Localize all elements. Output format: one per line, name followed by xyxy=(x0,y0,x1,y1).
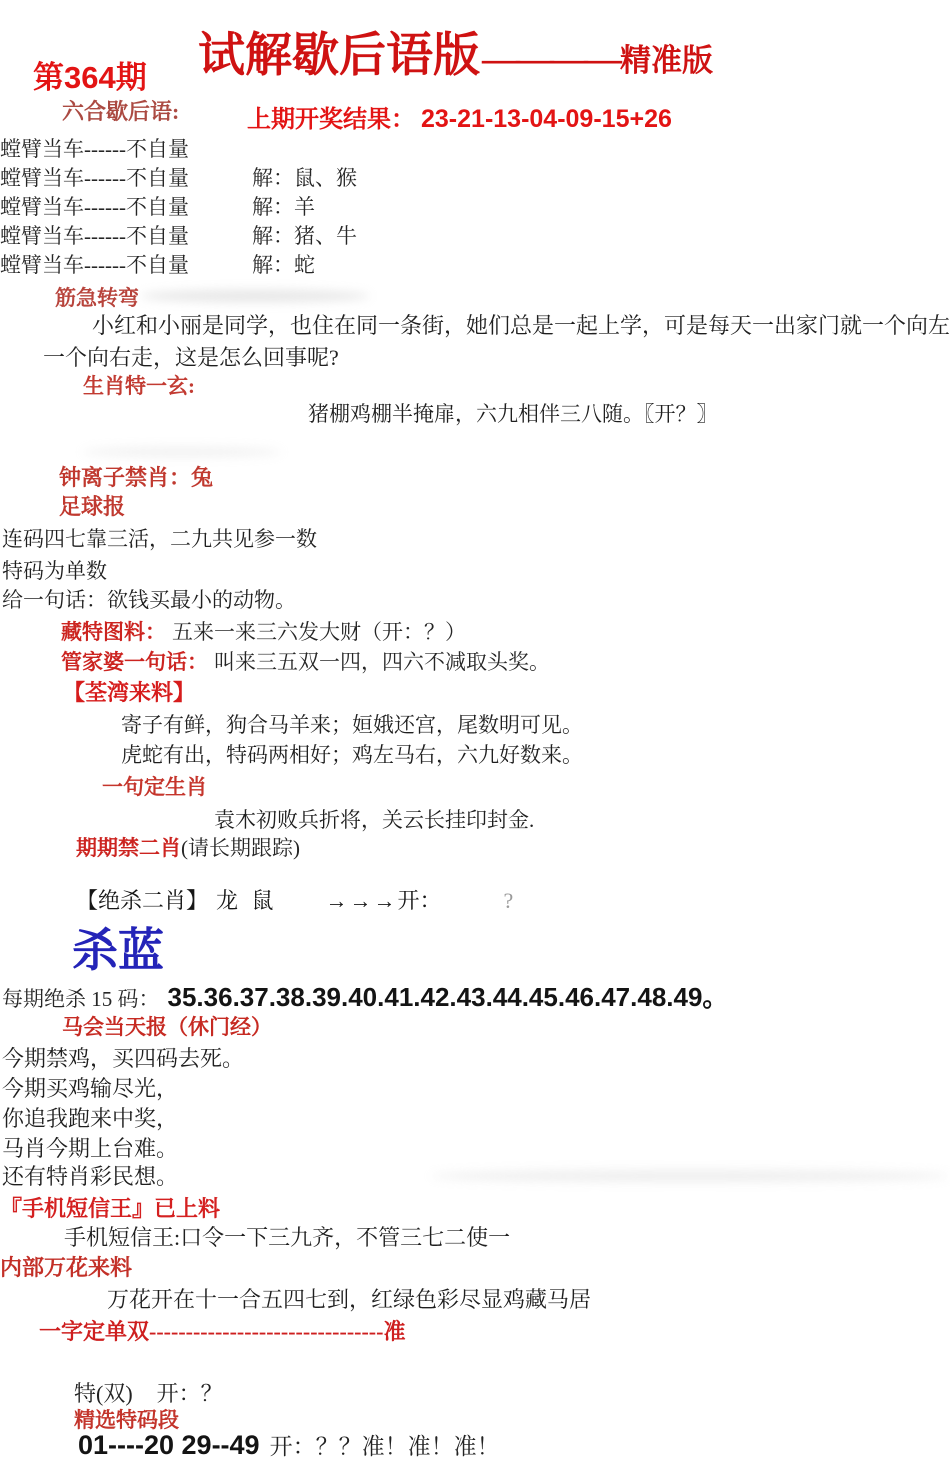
section-label-sms-king: 『手机短信王』已上料 xyxy=(0,1192,220,1223)
riddle-phrase: 螳臂当车------不自量 xyxy=(0,166,189,190)
housekeeper-content: 叫来三五双一四，四六不减取头奖。 xyxy=(214,650,550,674)
forbidden-zodiac-label: 钟离子禁肖：兔 xyxy=(59,461,213,492)
hidden-special-row: 藏特图料：五来一来三六发大财（开：？） xyxy=(61,616,466,646)
riddle-row: 螳臂当车------不自量 解：蛇 xyxy=(0,249,600,279)
hidden-special-content: 五来一来三六发大财（开：？） xyxy=(172,620,466,644)
section-label-internal-wanhua: 内部万花来料 xyxy=(0,1251,132,1282)
kill-two-zodiac-result: ? xyxy=(504,888,514,913)
odd-even-accurate: 准 xyxy=(383,1319,405,1344)
riddle-phrase: 螳臂当车------不自量 xyxy=(0,137,189,161)
odd-even-row: 一字定单双--------------------------------准 xyxy=(39,1315,405,1346)
riddle-answer: 解：蛇 xyxy=(252,249,315,279)
kill-two-zodiac-label: 【绝杀二肖】 xyxy=(76,888,208,913)
tip-line-sentence: 给一句话：欲钱买最小的动物。 xyxy=(2,584,296,614)
teaser-text-line2: 一个向右走，这是怎么回事呢? xyxy=(43,341,339,372)
forbidden-two-zodiac-row: 期期禁二肖(请长期跟踪) xyxy=(76,832,300,862)
selected-segment-row: 01----20 29--49开：？？准！准！准！ xyxy=(78,1428,500,1458)
riddle-phrase: 螳臂当车------不自量 xyxy=(0,195,189,219)
one-sentence-zodiac-verse: 袁木初败兵折将，关云长挂印封金. xyxy=(214,804,534,834)
internal-wanhua-content: 万花开在十一合五四七到，红绿色彩尽显鸡藏马居 xyxy=(107,1283,591,1314)
scan-artifact xyxy=(430,1170,950,1182)
quanwan-verse-line2: 虎蛇有出，特码两相好；鸡左马右，六九好数来。 xyxy=(121,739,583,769)
page-title: 试解歇后语版 ———— 精准版 xyxy=(198,18,713,85)
riddle-row: 螳臂当车------不自量 xyxy=(0,133,600,163)
horse-club-line2: 今期买鸡输尽光， xyxy=(2,1072,178,1103)
forbidden-two-zodiac-label: 期期禁二肖 xyxy=(76,836,181,860)
selected-segment-range: 01----20 29--49 xyxy=(78,1430,260,1458)
riddle-row: 螳臂当车------不自量 解：羊 xyxy=(0,191,600,221)
kill-two-zodiac-open: 开： xyxy=(398,888,442,913)
title-dash-divider: ———— xyxy=(482,37,618,81)
housekeeper-label: 管家婆一句话： xyxy=(61,650,208,674)
selected-segment-open: 开：？？准！准！准！ xyxy=(270,1428,500,1458)
last-draw-numbers: 23-21-13-04-09-15+26 xyxy=(421,105,672,133)
riddle-phrase: 螳臂当车------不自量 xyxy=(0,253,189,277)
page-title-suffix: 精准版 xyxy=(620,35,713,80)
kill-15-numbers-list: 35.36.37.38.39.40.41.42.43.44.45.46.47.4… xyxy=(168,977,729,1014)
section-label-riddles: 六合歇后语: xyxy=(62,95,179,126)
teaser-text-line1: 小红和小丽是同学，也住在同一条街，她们总是一起上学，可是每天一出家门就一个向左走… xyxy=(92,309,950,340)
odd-even-label: 一字定单双 xyxy=(39,1319,149,1344)
odd-even-dash-line: -------------------------------- xyxy=(149,1319,383,1344)
kill-15-numbers-row: 每期绝杀 15 码：35.36.37.38.39.40.41.42.43.44.… xyxy=(2,977,728,1014)
scan-artifact xyxy=(82,447,282,457)
tip-line-lianma: 连码四七靠三活，二九共见参一数 xyxy=(2,523,317,553)
page-title-main: 试解歇后语版 xyxy=(198,18,480,85)
last-draw-label: 上期开奖结果： xyxy=(247,106,415,133)
hidden-special-label: 藏特图料： xyxy=(61,620,166,644)
last-draw-result: 上期开奖结果：23-21-13-04-09-15+26 xyxy=(247,99,672,134)
issue-number: 第364期 xyxy=(33,52,147,97)
horse-club-line5: 还有特肖彩民想。 xyxy=(2,1160,178,1191)
housekeeper-row: 管家婆一句话：叫来三五双一四，四六不减取头奖。 xyxy=(61,646,550,676)
riddle-answer: 解：羊 xyxy=(252,191,315,221)
kill-two-zodiac-row: 【绝杀二肖】龙 鼠→→→开：? xyxy=(76,884,513,915)
special-even-open: 开：？ xyxy=(157,1381,223,1406)
section-label-brain-teaser: 筋急转弯 xyxy=(55,282,139,312)
section-label-quanwan: 【荃湾来料】 xyxy=(63,676,195,707)
zodiac-mystery-verse: 猪棚鸡棚半掩扉，六九相伴三八随。〖开？〗 xyxy=(308,398,718,428)
section-label-zodiac-mystery: 生肖特一玄: xyxy=(83,370,195,400)
forbidden-two-zodiac-note: (请长期跟踪) xyxy=(181,836,300,860)
horse-club-line4: 马肖今期上台难。 xyxy=(2,1132,178,1163)
scan-artifact xyxy=(140,290,370,302)
horse-club-line1: 今期禁鸡，买四码去死。 xyxy=(2,1042,244,1073)
section-label-horse-club: 马会当天报（休门经） xyxy=(62,1011,272,1041)
kill-15-numbers-label: 每期绝杀 15 码： xyxy=(2,983,160,1013)
arrow-icons: →→→ xyxy=(326,888,398,913)
football-report-label: 足球报 xyxy=(59,490,125,521)
special-even-label: 特(双) xyxy=(74,1381,133,1406)
kill-two-zodiac-animals: 龙 鼠 xyxy=(216,888,278,913)
kill-blue-heading: 杀蓝 xyxy=(72,914,164,980)
tip-line-tema: 特码为单数 xyxy=(2,555,107,585)
riddle-row: 螳臂当车------不自量 解：鼠、猴 xyxy=(0,162,600,192)
riddle-answer: 解：鼠、猴 xyxy=(252,162,357,192)
sms-king-content: 手机短信王:口令一下三九齐，不管三七二使一 xyxy=(64,1221,510,1252)
riddle-phrase: 螳臂当车------不自量 xyxy=(0,224,189,248)
horse-club-line3: 你追我跑来中奖， xyxy=(2,1102,178,1133)
riddle-row: 螳臂当车------不自量 解：猪、牛 xyxy=(0,220,600,250)
riddle-answer: 解：猪、牛 xyxy=(252,220,357,250)
section-label-one-sentence-zodiac: 一句定生肖 xyxy=(102,771,207,801)
quanwan-verse-line1: 寄子有鲜，狗合马羊来；姮娥还宫，尾数明可见。 xyxy=(121,709,583,739)
